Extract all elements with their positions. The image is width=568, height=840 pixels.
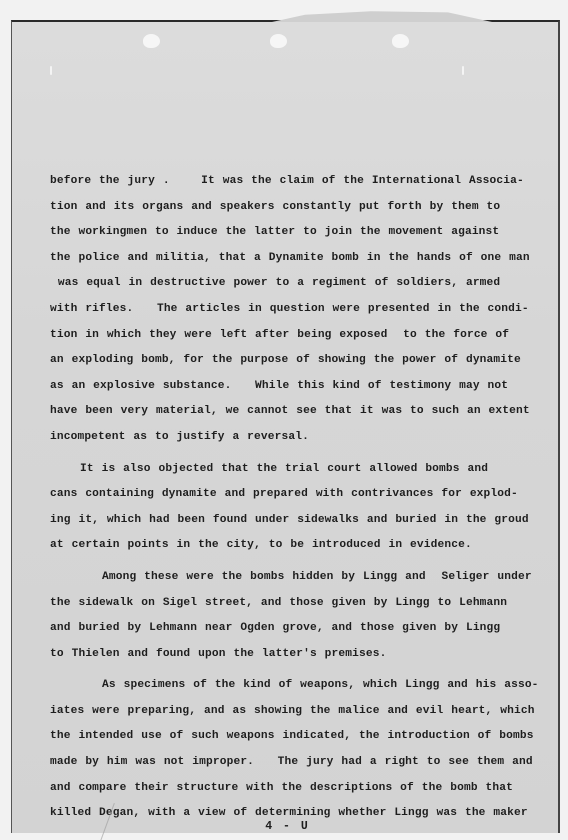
text-line: with rifles. The articles in question we…	[50, 297, 550, 323]
torn-edge	[272, 10, 492, 22]
paragraph-specimens: As specimens of the kind of weapons, whi…	[50, 673, 550, 827]
paragraph-objection: It is also objected that the trial court…	[50, 457, 550, 559]
text-line: Among these were the bombs hidden by Lin…	[50, 565, 550, 591]
text-line: at certain points in the city, to be int…	[50, 533, 550, 559]
paragraph-continuation: before the jury . It was the claim of th…	[50, 169, 550, 451]
text-line: cans containing dynamite and prepared wi…	[50, 482, 550, 508]
text-line: have been very material, we cannot see t…	[50, 399, 550, 425]
text-line: as an explosive substance. While this ki…	[50, 374, 550, 400]
text-line: the sidewalk on Sigel street, and those …	[50, 591, 550, 617]
text-line: the workingmen to induce the latter to j…	[50, 220, 550, 246]
text-line: It is also objected that the trial court…	[50, 457, 550, 483]
paragraph-bombs-hidden: Among these were the bombs hidden by Lin…	[50, 565, 550, 667]
typed-body-text: before the jury . It was the claim of th…	[50, 169, 550, 827]
margin-mark	[462, 66, 464, 75]
text-line: and compare their structure with the des…	[50, 776, 550, 802]
text-line: an exploding bomb, for the purpose of sh…	[50, 348, 550, 374]
text-line: incompetent as to justify a reversal.	[50, 425, 550, 451]
text-line: and buried by Lehmann near Ogden grove, …	[50, 616, 550, 642]
text-line: was equal in destructive power to a regi…	[50, 271, 550, 297]
punch-hole-icon	[270, 34, 287, 48]
text-line: ing it, which had been found under sidew…	[50, 508, 550, 534]
scanned-page: before the jury . It was the claim of th…	[0, 0, 568, 840]
text-line: tion and its organs and speakers constan…	[50, 195, 550, 221]
margin-mark	[50, 66, 52, 75]
punch-hole-icon	[392, 34, 409, 48]
text-line: the intended use of such weapons indicat…	[50, 724, 550, 750]
page-number: 4 - U	[12, 820, 561, 833]
text-line: to Thielen and found upon the latter's p…	[50, 642, 550, 668]
text-line: made by him was not improper. The jury h…	[50, 750, 550, 776]
text-line: As specimens of the kind of weapons, whi…	[50, 673, 550, 699]
text-line: tion in which they were left after being…	[50, 323, 550, 349]
text-line: iates were preparing, and as showing the…	[50, 699, 550, 725]
punch-hole-icon	[143, 34, 160, 48]
paper-sheet: before the jury . It was the claim of th…	[11, 20, 560, 833]
text-line: before the jury . It was the claim of th…	[50, 169, 550, 195]
text-line: the police and militia, that a Dynamite …	[50, 246, 550, 272]
